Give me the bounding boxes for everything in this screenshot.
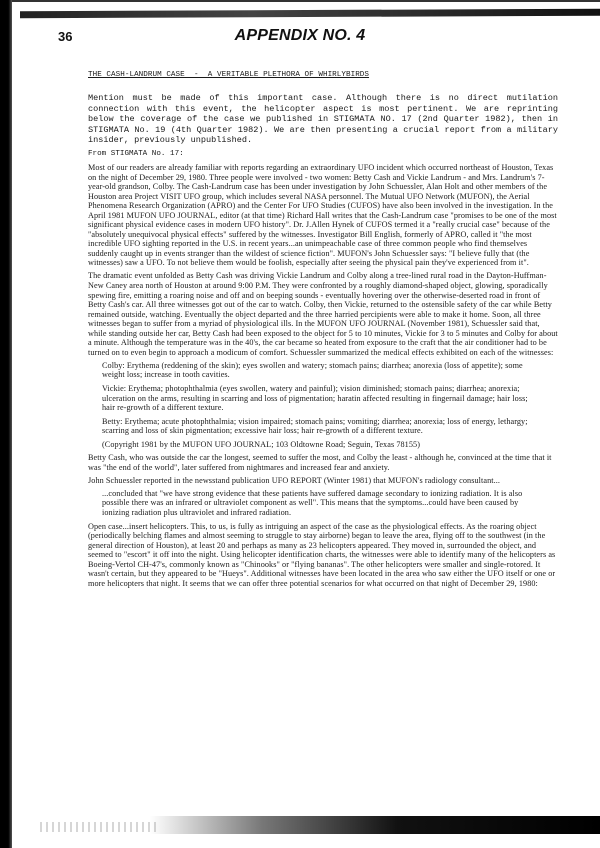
appendix-title: APPENDIX NO. 4 [0, 27, 600, 45]
witness-effects-betty: Betty: Erythema; acute photophthalmia; v… [102, 417, 542, 436]
body-paragraph: Betty Cash, who was outside the car the … [88, 453, 558, 472]
article: THE CASH-LANDRUM CASE - A VERITABLE PLET… [88, 71, 558, 592]
copyright-notice: (Copyright 1981 by the MUFON UFO JOURNAL… [102, 440, 558, 450]
scan-noise-bottom [40, 822, 160, 832]
scan-edge-top [20, 9, 600, 19]
body-paragraph: John Schuessler reported in the newsstan… [88, 476, 558, 486]
scan-edge-top-thin [0, 0, 600, 2]
witness-effects-vickie: Vickie: Erythema; photophthalmia (eyes s… [102, 384, 542, 413]
scan-edge-bottom [150, 816, 600, 834]
closing-paragraph: Open case...insert helicopters. This, to… [88, 522, 558, 589]
block-quote: ...concluded that "we have strong eviden… [102, 489, 542, 518]
scan-edge-left [0, 0, 12, 848]
source-label: From STIGMATA No. 17: [88, 150, 558, 158]
witness-effects-colby: Colby: Erythema (reddening of the skin);… [102, 361, 542, 380]
body-paragraph: The dramatic event unfolded as Betty Cas… [88, 271, 558, 357]
body-paragraph: Most of our readers are already familiar… [88, 163, 558, 268]
article-title: THE CASH-LANDRUM CASE - A VERITABLE PLET… [88, 71, 558, 79]
intro-paragraph: Mention must be made of this important c… [88, 93, 558, 146]
